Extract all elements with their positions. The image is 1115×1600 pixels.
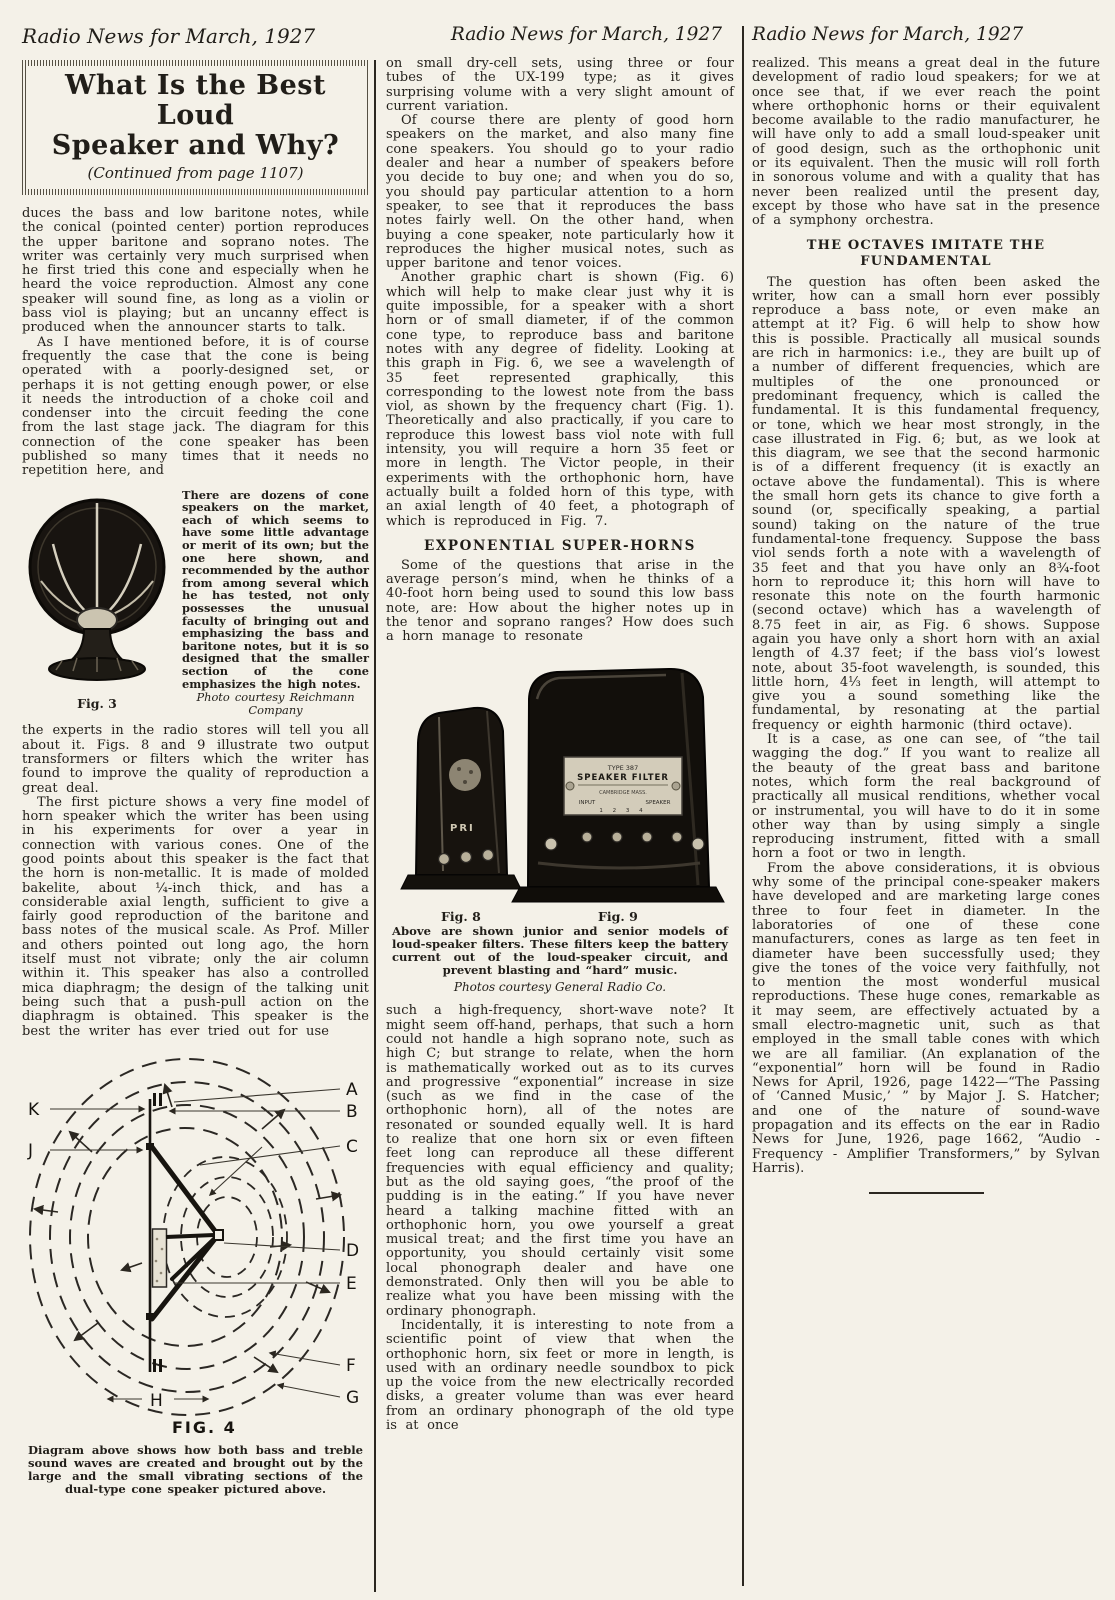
figure-3-caption: There are dozens of cone speakers on the… bbox=[182, 489, 369, 691]
figure-3-label: Fig. 3 bbox=[22, 696, 172, 711]
column-left: Radio News for March, 1927 What Is the B… bbox=[22, 24, 369, 1503]
column-divider bbox=[374, 60, 376, 1592]
loud-speaker-filters-illustration: PRI TYPE 387 SPEAKER FILTER CAMBRIDGE MA… bbox=[386, 657, 733, 905]
diagram-label-k: K bbox=[28, 1100, 40, 1120]
figure-4-block: A B C D E F G K J H FIG. 4 Diagram above… bbox=[22, 1047, 369, 1497]
diagram-label-e: E bbox=[346, 1274, 357, 1294]
paragraph: The first picture shows a very fine mode… bbox=[22, 796, 369, 1039]
paragraph: Another graphic chart is shown (Fig. 6) … bbox=[386, 271, 734, 528]
diagram-label-j: J bbox=[27, 1141, 33, 1161]
paragraph: on small dry-cell sets, using three or f… bbox=[386, 57, 734, 114]
fig9-plate-city: CAMBRIDGE MASS. bbox=[599, 790, 647, 796]
paragraph: the experts in the radio stores will tel… bbox=[22, 724, 369, 795]
figure-8-9-block: PRI TYPE 387 SPEAKER FILTER CAMBRIDGE MA… bbox=[386, 657, 734, 995]
running-head: Radio News for March, 1927 bbox=[752, 24, 1100, 45]
figure-3-credit: Photo courtesy Reichmann Company bbox=[182, 691, 369, 716]
diagram-label-c: C bbox=[346, 1137, 358, 1157]
figure-8-9-credit: Photos courtesy General Radio Co. bbox=[386, 980, 734, 994]
paragraph: From the above considerations, it is obv… bbox=[752, 862, 1100, 1177]
column-divider bbox=[742, 26, 744, 1586]
cone-speaker-illustration bbox=[22, 489, 172, 689]
fig9-plate-type: TYPE 387 bbox=[607, 764, 638, 772]
sound-wave-diagram: A B C D E F G K J H FIG. 4 bbox=[22, 1047, 369, 1440]
fig9-plate-name: SPEAKER FILTER bbox=[577, 773, 669, 783]
article-title-box: What Is the Best Loud Speaker and Why? (… bbox=[22, 60, 369, 195]
figure-4-title: FIG. 4 bbox=[172, 1418, 237, 1437]
paragraph: The question has often been asked the wr… bbox=[752, 276, 1100, 734]
article-end-rule bbox=[869, 1192, 984, 1194]
figure-9-label: Fig. 9 bbox=[598, 909, 638, 924]
diagram-label-g: G bbox=[346, 1388, 359, 1408]
diagram-label-d: D bbox=[346, 1241, 359, 1261]
magazine-page: Radio News for March, 1927 What Is the B… bbox=[0, 0, 1115, 1600]
paragraph: Of course there are plenty of good horn … bbox=[386, 114, 734, 271]
diagram-label-f: F bbox=[346, 1356, 356, 1376]
paragraph: Incidentally, it is interesting to note … bbox=[386, 1319, 734, 1433]
figure-3-block: Fig. 3 There are dozens of cone speakers… bbox=[22, 489, 369, 717]
figure-8-label: Fig. 8 bbox=[441, 909, 481, 924]
running-head: Radio News for March, 1927 bbox=[386, 24, 734, 45]
fig9-plate-input: INPUT bbox=[579, 800, 596, 806]
paragraph: such a high-frequency, short-wave note? … bbox=[386, 1004, 734, 1319]
paragraph: As I have mentioned before, it is of cou… bbox=[22, 336, 369, 479]
fig8-device-label: PRI bbox=[450, 823, 475, 834]
section-heading: EXPONENTIAL SUPER-HORNS bbox=[386, 538, 734, 554]
section-heading: THE OCTAVES IMITATE THE FUNDAMENTAL bbox=[752, 238, 1100, 270]
figure-4-caption: Diagram above shows how both bass and tr… bbox=[22, 1444, 369, 1497]
column-right: Radio News for March, 1927 realized. Thi… bbox=[752, 24, 1100, 1194]
paragraph: duces the bass and low baritone notes, w… bbox=[22, 207, 369, 336]
continued-note: (Continued from page 1107) bbox=[32, 164, 359, 182]
article-title-line2: Speaker and Why? bbox=[32, 131, 359, 161]
fig9-plate-terminals: 1 2 3 4 bbox=[599, 808, 646, 814]
fig9-plate-speaker: SPEAKER bbox=[646, 800, 671, 806]
diagram-label-b: B bbox=[346, 1102, 358, 1122]
paragraph: realized. This means a great deal in the… bbox=[752, 57, 1100, 229]
diagram-label-h: H bbox=[150, 1391, 163, 1411]
diagram-label-a: A bbox=[346, 1080, 358, 1100]
paragraph: Some of the questions that arise in the … bbox=[386, 559, 734, 645]
running-head: Radio News for March, 1927 bbox=[22, 24, 369, 48]
figure-8-9-caption: Above are shown junior and senior models… bbox=[386, 925, 734, 978]
column-middle: Radio News for March, 1927 on small dry-… bbox=[386, 24, 734, 1433]
article-title-line1: What Is the Best Loud bbox=[32, 71, 359, 131]
paragraph: It is a case, as one can see, of “the ta… bbox=[752, 733, 1100, 862]
